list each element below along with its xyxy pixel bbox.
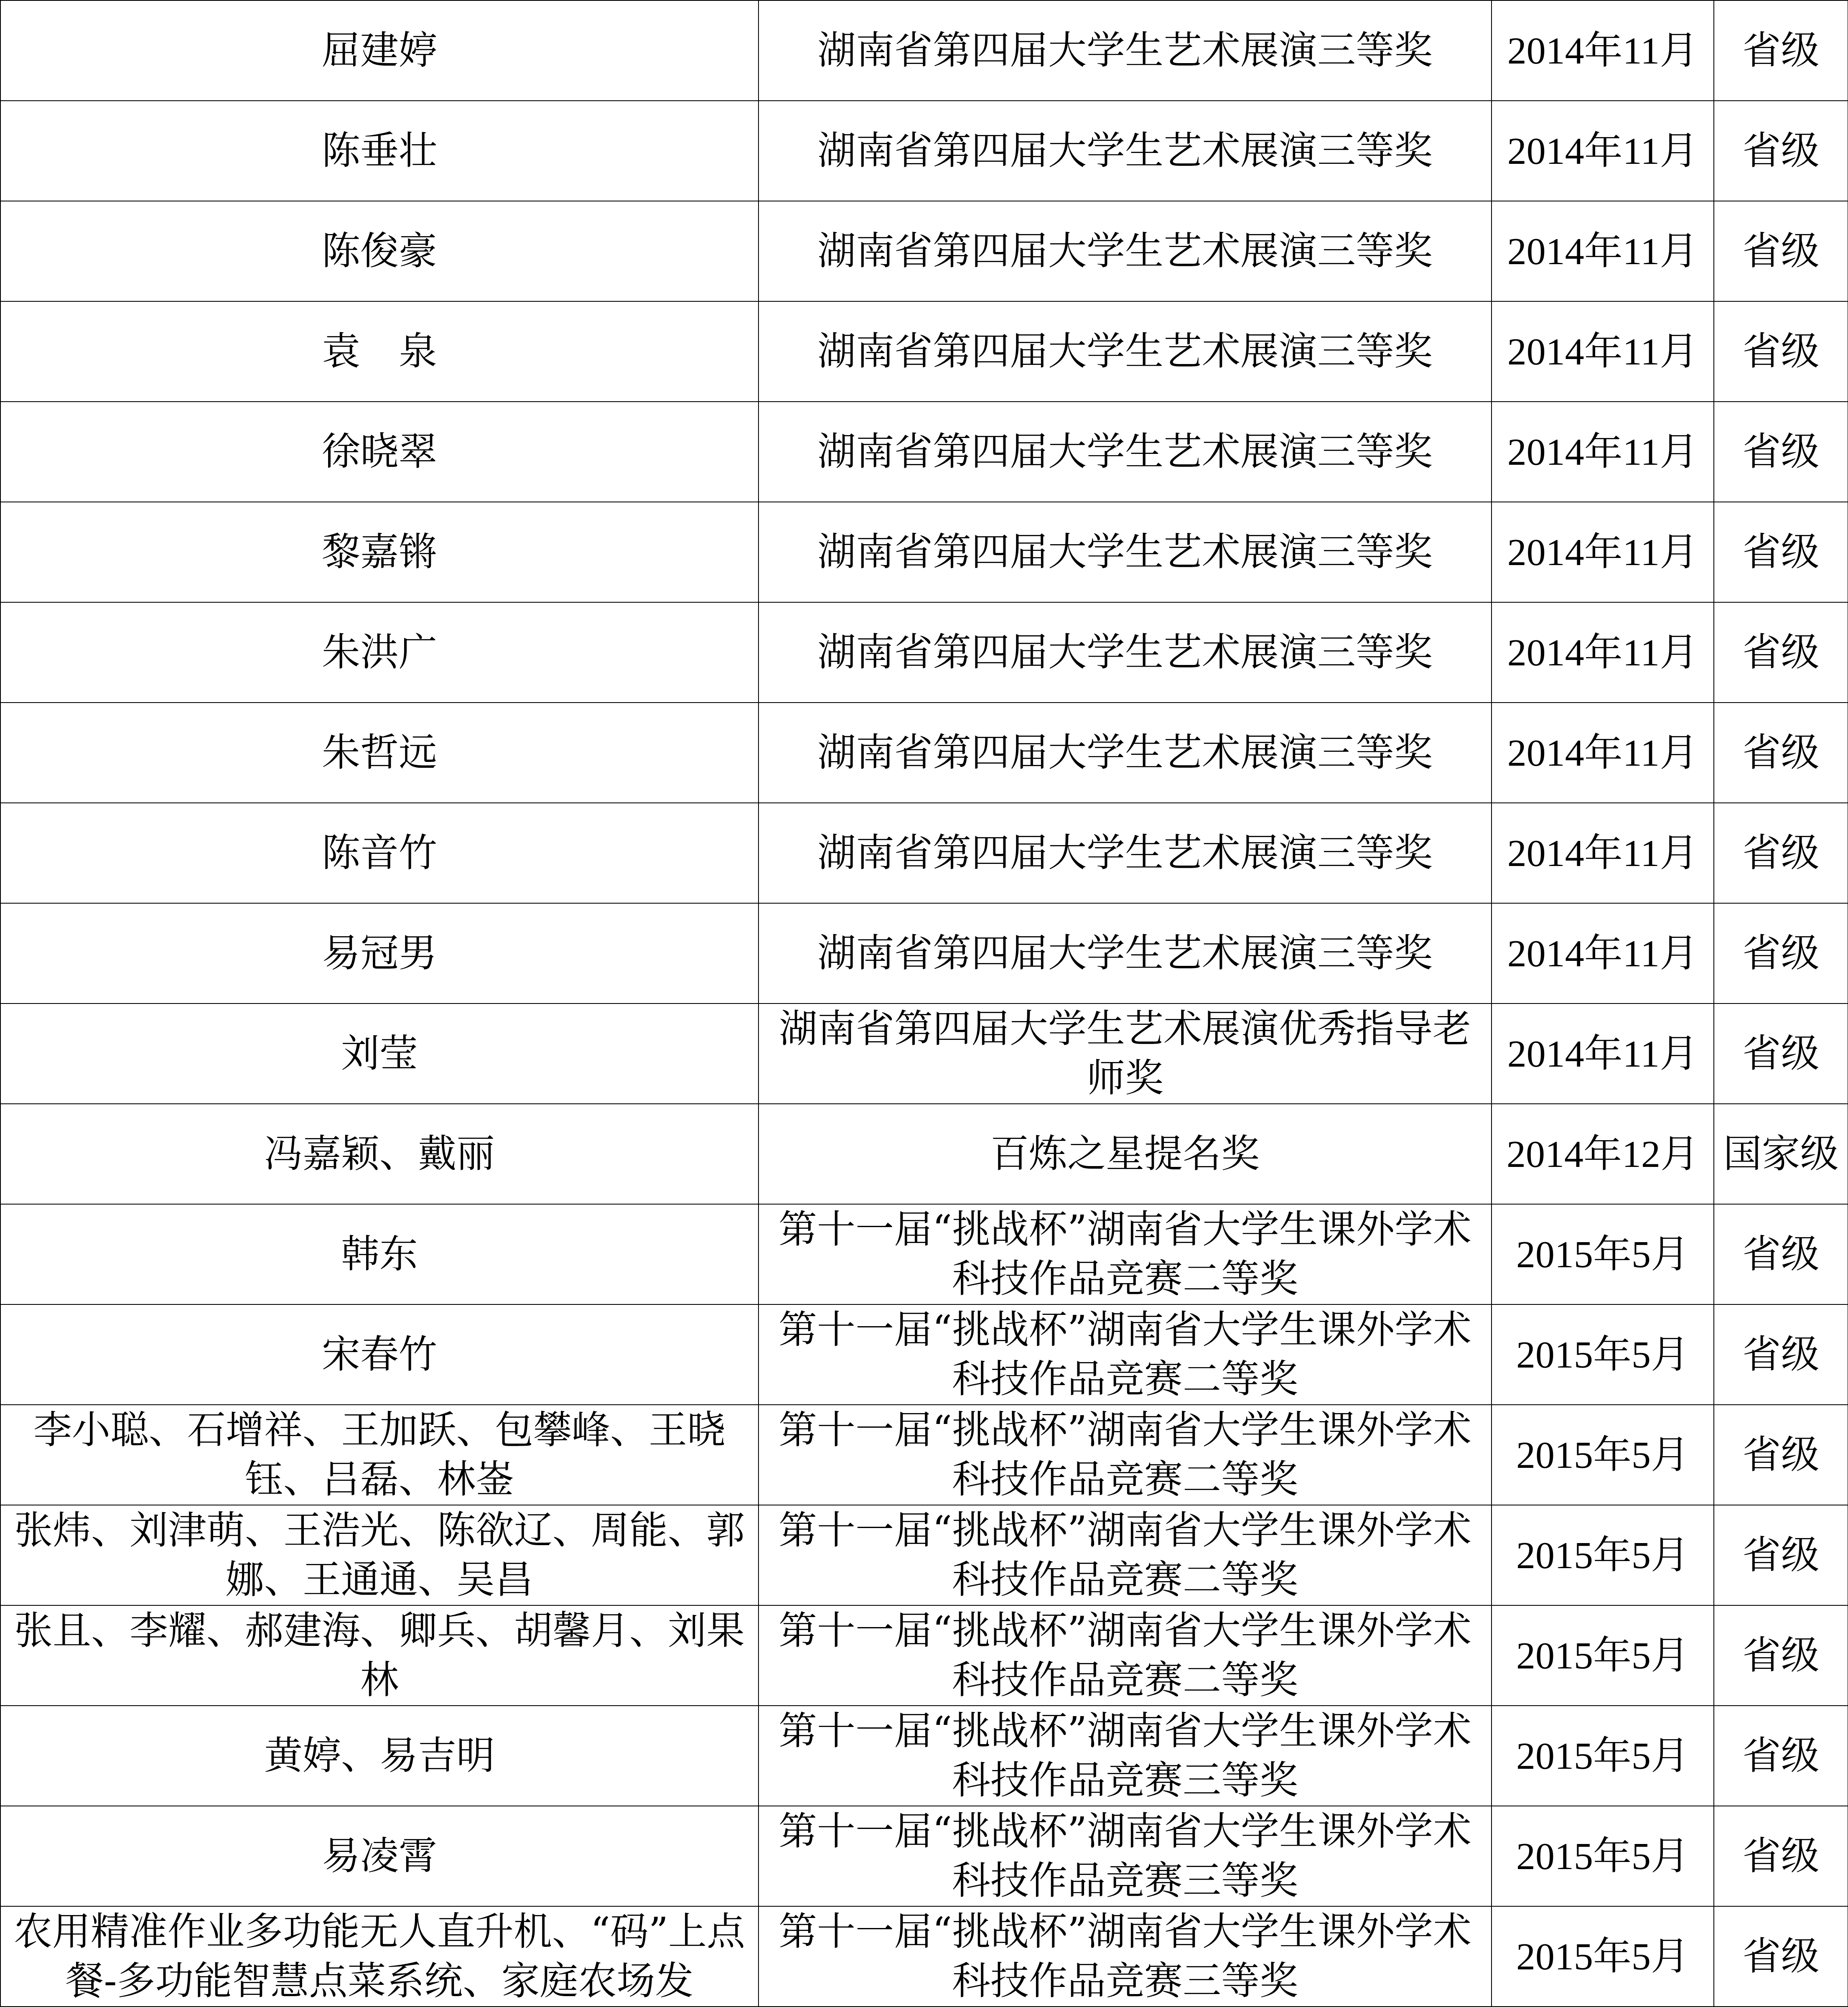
award-title-cell: 第十一届“挑战杯”湖南省大学生课外学术科技作品竞赛三等奖 — [759, 1706, 1492, 1806]
award-level-cell: 国家级 — [1714, 1104, 1848, 1204]
award-level-cell: 省级 — [1714, 1405, 1848, 1505]
award-title-cell: 湖南省第四届大学生艺术展演三等奖 — [759, 301, 1492, 402]
award-level-cell: 省级 — [1714, 1505, 1848, 1605]
award-title: 湖南省第四届大学生艺术展演三等奖 — [765, 929, 1485, 978]
winner-name: 农用精准作业多功能无人直升机、“码”上点餐-多功能智慧点菜系统、家庭农场发 — [7, 1907, 752, 2006]
winner-name-cell: 韩东 — [0, 1204, 759, 1304]
winner-name: 易冠男 — [7, 929, 752, 978]
winner-name-cell: 陈音竹 — [0, 803, 759, 903]
table-row: 冯嘉颖、戴丽百炼之星提名奖2014年12月国家级 — [0, 1104, 1848, 1204]
award-title-cell: 湖南省第四届大学生艺术展演三等奖 — [759, 0, 1492, 101]
table-row: 陈俊豪湖南省第四届大学生艺术展演三等奖2014年11月省级 — [0, 201, 1848, 301]
award-date-cell: 2015年5月 — [1492, 1605, 1714, 1706]
winner-name-cell: 易凌霄 — [0, 1806, 759, 1906]
winner-name: 朱洪广 — [7, 628, 752, 677]
winner-name-cell: 陈垂壮 — [0, 101, 759, 201]
award-level-cell: 省级 — [1714, 1304, 1848, 1405]
award-title-cell: 湖南省第四届大学生艺术展演三等奖 — [759, 903, 1492, 1003]
award-title: 湖南省第四届大学生艺术展演三等奖 — [765, 527, 1485, 577]
award-title-cell: 湖南省第四届大学生艺术展演优秀指导老师奖 — [759, 1003, 1492, 1104]
winner-name: 陈音竹 — [7, 828, 752, 878]
award-title: 第十一届“挑战杯”湖南省大学生课外学术科技作品竞赛二等奖 — [765, 1506, 1485, 1605]
award-date-cell: 2014年11月 — [1492, 803, 1714, 903]
award-title-cell: 湖南省第四届大学生艺术展演三等奖 — [759, 803, 1492, 903]
award-level-cell: 省级 — [1714, 1706, 1848, 1806]
winner-name: 徐晓翠 — [7, 427, 752, 476]
award-level-cell: 省级 — [1714, 903, 1848, 1003]
award-date-cell: 2014年11月 — [1492, 301, 1714, 402]
award-level-cell: 省级 — [1714, 301, 1848, 402]
award-title: 湖南省第四届大学生艺术展演三等奖 — [765, 628, 1485, 677]
award-title-cell: 湖南省第四届大学生艺术展演三等奖 — [759, 502, 1492, 602]
winner-name-cell: 农用精准作业多功能无人直升机、“码”上点餐-多功能智慧点菜系统、家庭农场发 — [0, 1906, 759, 2007]
award-title: 湖南省第四届大学生艺术展演三等奖 — [765, 427, 1485, 476]
award-date-cell: 2014年11月 — [1492, 903, 1714, 1003]
award-level-cell: 省级 — [1714, 502, 1848, 602]
award-date-cell: 2015年5月 — [1492, 1806, 1714, 1906]
award-title: 湖南省第四届大学生艺术展演三等奖 — [765, 227, 1485, 276]
winner-name-cell: 屈建婷 — [0, 0, 759, 101]
award-level-cell: 省级 — [1714, 201, 1848, 301]
winner-name-cell: 宋春竹 — [0, 1304, 759, 1405]
winner-name-cell: 黎嘉锵 — [0, 502, 759, 602]
winner-name-cell: 朱哲远 — [0, 703, 759, 803]
award-level-cell: 省级 — [1714, 1906, 1848, 2007]
winner-name: 张炜、刘津萌、王浩光、陈欲辽、周能、郭娜、王通通、吴昌 — [7, 1506, 752, 1605]
table-row: 农用精准作业多功能无人直升机、“码”上点餐-多功能智慧点菜系统、家庭农场发第十一… — [0, 1906, 1848, 2007]
winner-name-cell: 黄婷、易吉明 — [0, 1706, 759, 1806]
award-title-cell: 第十一届“挑战杯”湖南省大学生课外学术科技作品竞赛三等奖 — [759, 1906, 1492, 2007]
award-date-cell: 2015年5月 — [1492, 1304, 1714, 1405]
award-title-cell: 湖南省第四届大学生艺术展演三等奖 — [759, 201, 1492, 301]
award-level-cell: 省级 — [1714, 602, 1848, 703]
award-level-cell: 省级 — [1714, 1806, 1848, 1906]
winner-name: 陈俊豪 — [7, 227, 752, 276]
award-level-cell: 省级 — [1714, 1204, 1848, 1304]
award-title: 第十一届“挑战杯”湖南省大学生课外学术科技作品竞赛二等奖 — [765, 1205, 1485, 1304]
winner-name-cell: 朱洪广 — [0, 602, 759, 703]
award-date-cell: 2015年5月 — [1492, 1505, 1714, 1605]
winner-name-cell: 陈俊豪 — [0, 201, 759, 301]
table-row: 黎嘉锵湖南省第四届大学生艺术展演三等奖2014年11月省级 — [0, 502, 1848, 602]
award-level-cell: 省级 — [1714, 803, 1848, 903]
winner-name: 韩东 — [7, 1230, 752, 1279]
winner-name: 陈垂壮 — [7, 126, 752, 176]
award-title: 湖南省第四届大学生艺术展演三等奖 — [765, 728, 1485, 777]
table-row: 徐晓翠湖南省第四届大学生艺术展演三等奖2014年11月省级 — [0, 402, 1848, 502]
winner-name: 屈建婷 — [7, 26, 752, 75]
winner-name: 黎嘉锵 — [7, 527, 752, 577]
table-row: 易凌霄第十一届“挑战杯”湖南省大学生课外学术科技作品竞赛三等奖2015年5月省级 — [0, 1806, 1848, 1906]
award-date-cell: 2014年11月 — [1492, 1003, 1714, 1104]
winner-name: 宋春竹 — [7, 1330, 752, 1379]
awards-table: 屈建婷湖南省第四届大学生艺术展演三等奖2014年11月省级 陈垂壮湖南省第四届大… — [0, 0, 1848, 2007]
award-date-cell: 2015年5月 — [1492, 1204, 1714, 1304]
award-date-cell: 2014年11月 — [1492, 502, 1714, 602]
award-level-cell: 省级 — [1714, 402, 1848, 502]
table-row: 韩东第十一届“挑战杯”湖南省大学生课外学术科技作品竞赛二等奖2015年5月省级 — [0, 1204, 1848, 1304]
award-title-cell: 湖南省第四届大学生艺术展演三等奖 — [759, 703, 1492, 803]
table-row: 朱哲远湖南省第四届大学生艺术展演三等奖2014年11月省级 — [0, 703, 1848, 803]
table-row: 张且、李耀、郝建海、卿兵、胡馨月、刘果林第十一届“挑战杯”湖南省大学生课外学术科… — [0, 1605, 1848, 1706]
winner-name: 李小聪、石增祥、王加跃、包攀峰、王晓钰、吕磊、林崟 — [7, 1406, 752, 1504]
award-title-cell: 第十一届“挑战杯”湖南省大学生课外学术科技作品竞赛二等奖 — [759, 1304, 1492, 1405]
winner-name-cell: 李小聪、石增祥、王加跃、包攀峰、王晓钰、吕磊、林崟 — [0, 1405, 759, 1505]
winner-name: 黄婷、易吉明 — [7, 1731, 752, 1780]
table-row: 朱洪广湖南省第四届大学生艺术展演三等奖2014年11月省级 — [0, 602, 1848, 703]
awards-table-body: 屈建婷湖南省第四届大学生艺术展演三等奖2014年11月省级 陈垂壮湖南省第四届大… — [0, 0, 1848, 2007]
table-row: 张炜、刘津萌、王浩光、陈欲辽、周能、郭娜、王通通、吴昌第十一届“挑战杯”湖南省大… — [0, 1505, 1848, 1605]
award-date-cell: 2015年5月 — [1492, 1405, 1714, 1505]
table-row: 宋春竹第十一届“挑战杯”湖南省大学生课外学术科技作品竞赛二等奖2015年5月省级 — [0, 1304, 1848, 1405]
award-date-cell: 2014年11月 — [1492, 703, 1714, 803]
award-title-cell: 第十一届“挑战杯”湖南省大学生课外学术科技作品竞赛二等奖 — [759, 1605, 1492, 1706]
award-date-cell: 2014年11月 — [1492, 201, 1714, 301]
award-title-cell: 第十一届“挑战杯”湖南省大学生课外学术科技作品竞赛二等奖 — [759, 1405, 1492, 1505]
winner-name: 刘莹 — [7, 1029, 752, 1078]
winner-name-cell: 徐晓翠 — [0, 402, 759, 502]
award-title-cell: 湖南省第四届大学生艺术展演三等奖 — [759, 402, 1492, 502]
award-title: 湖南省第四届大学生艺术展演优秀指导老师奖 — [765, 1004, 1485, 1103]
award-date-cell: 2014年11月 — [1492, 0, 1714, 101]
award-title: 湖南省第四届大学生艺术展演三等奖 — [765, 26, 1485, 75]
winner-name-cell: 张且、李耀、郝建海、卿兵、胡馨月、刘果林 — [0, 1605, 759, 1706]
table-row: 陈音竹湖南省第四届大学生艺术展演三等奖2014年11月省级 — [0, 803, 1848, 903]
award-title: 第十一届“挑战杯”湖南省大学生课外学术科技作品竞赛三等奖 — [765, 1807, 1485, 1905]
award-level-cell: 省级 — [1714, 101, 1848, 201]
table-row: 黄婷、易吉明第十一届“挑战杯”湖南省大学生课外学术科技作品竞赛三等奖2015年5… — [0, 1706, 1848, 1806]
award-title: 第十一届“挑战杯”湖南省大学生课外学术科技作品竞赛二等奖 — [765, 1406, 1485, 1504]
table-row: 易冠男湖南省第四届大学生艺术展演三等奖2014年11月省级 — [0, 903, 1848, 1003]
winner-name-cell: 张炜、刘津萌、王浩光、陈欲辽、周能、郭娜、王通通、吴昌 — [0, 1505, 759, 1605]
award-title: 湖南省第四届大学生艺术展演三等奖 — [765, 828, 1485, 878]
award-title: 百炼之星提名奖 — [765, 1129, 1485, 1179]
award-date-cell: 2014年11月 — [1492, 402, 1714, 502]
award-title-cell: 百炼之星提名奖 — [759, 1104, 1492, 1204]
award-title: 第十一届“挑战杯”湖南省大学生课外学术科技作品竞赛三等奖 — [765, 1907, 1485, 2006]
winner-name: 张且、李耀、郝建海、卿兵、胡馨月、刘果林 — [7, 1606, 752, 1705]
award-date-cell: 2014年11月 — [1492, 602, 1714, 703]
award-title: 湖南省第四届大学生艺术展演三等奖 — [765, 327, 1485, 376]
award-date-cell: 2015年5月 — [1492, 1906, 1714, 2007]
award-title-cell: 第十一届“挑战杯”湖南省大学生课外学术科技作品竞赛二等奖 — [759, 1204, 1492, 1304]
award-title: 第十一届“挑战杯”湖南省大学生课外学术科技作品竞赛三等奖 — [765, 1706, 1485, 1805]
award-title-cell: 湖南省第四届大学生艺术展演三等奖 — [759, 101, 1492, 201]
winner-name: 袁 泉 — [7, 327, 752, 376]
winner-name-cell: 刘莹 — [0, 1003, 759, 1104]
award-title-cell: 第十一届“挑战杯”湖南省大学生课外学术科技作品竞赛二等奖 — [759, 1505, 1492, 1605]
winner-name-cell: 袁 泉 — [0, 301, 759, 402]
award-date-cell: 2015年5月 — [1492, 1706, 1714, 1806]
award-title: 第十一届“挑战杯”湖南省大学生课外学术科技作品竞赛二等奖 — [765, 1305, 1485, 1404]
award-title: 湖南省第四届大学生艺术展演三等奖 — [765, 126, 1485, 176]
winner-name-cell: 冯嘉颖、戴丽 — [0, 1104, 759, 1204]
award-date-cell: 2014年12月 — [1492, 1104, 1714, 1204]
award-level-cell: 省级 — [1714, 703, 1848, 803]
winner-name: 冯嘉颖、戴丽 — [7, 1129, 752, 1179]
table-row: 袁 泉湖南省第四届大学生艺术展演三等奖2014年11月省级 — [0, 301, 1848, 402]
award-title-cell: 湖南省第四届大学生艺术展演三等奖 — [759, 602, 1492, 703]
award-level-cell: 省级 — [1714, 1605, 1848, 1706]
table-row: 李小聪、石增祥、王加跃、包攀峰、王晓钰、吕磊、林崟第十一届“挑战杯”湖南省大学生… — [0, 1405, 1848, 1505]
award-title-cell: 第十一届“挑战杯”湖南省大学生课外学术科技作品竞赛三等奖 — [759, 1806, 1492, 1906]
winner-name-cell: 易冠男 — [0, 903, 759, 1003]
winner-name: 朱哲远 — [7, 728, 752, 777]
award-date-cell: 2014年11月 — [1492, 101, 1714, 201]
table-row: 刘莹湖南省第四届大学生艺术展演优秀指导老师奖2014年11月省级 — [0, 1003, 1848, 1104]
award-level-cell: 省级 — [1714, 1003, 1848, 1104]
winner-name: 易凌霄 — [7, 1831, 752, 1881]
award-title: 第十一届“挑战杯”湖南省大学生课外学术科技作品竞赛二等奖 — [765, 1606, 1485, 1705]
table-row: 陈垂壮湖南省第四届大学生艺术展演三等奖2014年11月省级 — [0, 101, 1848, 201]
table-row: 屈建婷湖南省第四届大学生艺术展演三等奖2014年11月省级 — [0, 0, 1848, 101]
award-level-cell: 省级 — [1714, 0, 1848, 101]
